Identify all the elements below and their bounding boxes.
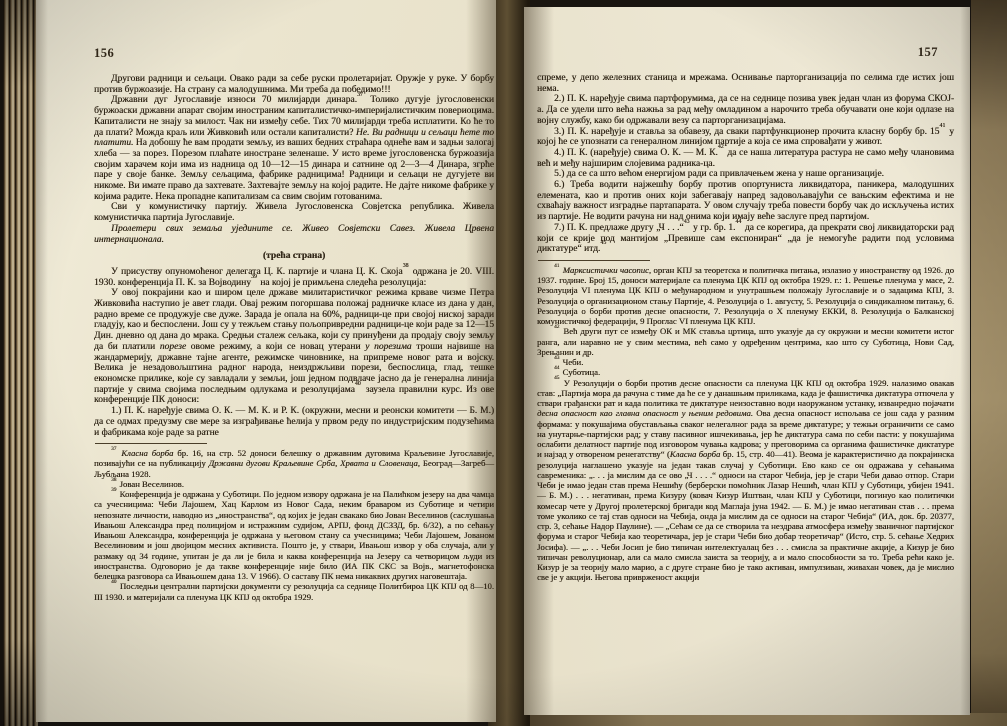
paragraph: У овој покрајини као и широм целе државе… <box>94 288 494 406</box>
text-run: овоме режиму, а који се новац утерани <box>186 342 365 352</box>
text-run: Последњи централни партијски документи с… <box>94 581 494 601</box>
page-left-body: Другови радници и сељаци. Овако ради за … <box>94 74 494 438</box>
paragraph: Сви у комунистичку партију. Живела Југос… <box>94 202 494 223</box>
footnote-marker: 42 <box>718 144 724 150</box>
footnote-marker: 44 <box>735 219 741 225</box>
text-run: десна опасност као главна опасност у њен… <box>537 408 753 418</box>
page-number-left: 156 <box>94 46 494 61</box>
page-right-footnotes: 41 Марксистички часопис, орган КПЈ за те… <box>537 265 954 583</box>
text-run: Сви у комунистичку партију. Живела Југос… <box>94 202 494 223</box>
text-run: 6.) Треба водити најжешћу борбу против о… <box>537 180 954 222</box>
text-run: 1.) П. К. наређује свима О. К. — М. К. и… <box>94 406 494 437</box>
text-run: Марксистички часопис <box>563 265 649 275</box>
paragraph: 41 Марксистички часопис, орган КПЈ за те… <box>537 265 954 327</box>
footnote-marker: 38 <box>403 263 409 269</box>
paragraph: 7.) П. К. предлаже другу „Ч . . .“43 у г… <box>537 223 954 255</box>
paragraph: 5.) да се са што већом енергијом ради са… <box>537 169 954 180</box>
text-run: Државни дугови Краљевине Срба, Хрвата и … <box>209 458 418 468</box>
text-run: (трећа страна) <box>263 251 325 261</box>
paragraph: 40 Последњи централни партијски документ… <box>94 581 494 602</box>
paragraph: 4.) П. К. (наређује) свима О. К. — М. К.… <box>537 148 954 169</box>
text-run: порезе <box>160 342 186 352</box>
paragraph: 1.) П. К. наређује свима О. К. — М. К. и… <box>94 406 494 438</box>
footnote-marker: 45 <box>600 240 606 246</box>
text-run: Класна борба <box>121 448 173 458</box>
text-run: 5.) да се са што већом енергијом ради са… <box>554 169 884 179</box>
footnote-marker: 39 <box>251 274 257 280</box>
paragraph: 44 Суботица. <box>537 367 954 377</box>
footnote-marker: 41 <box>939 123 945 129</box>
page-right-body: спреме, у депо железних станица и мрежам… <box>537 73 954 255</box>
page-left: 156 Другови радници и сељаци. Овако ради… <box>36 0 496 722</box>
page-stack-edges <box>3 0 38 726</box>
section-heading: (трећа страна) <box>94 251 494 262</box>
text-run: Класна борба <box>670 449 721 459</box>
text-run: 4.) П. К. (наређује) свима О. К. — М. К. <box>554 148 718 158</box>
footnote-marker: 43 <box>554 355 559 361</box>
paragraph: 2.) П. К. наређује свима партфорумима, д… <box>537 94 954 126</box>
text-run: У Резолуцији о борби против десне опасно… <box>537 378 954 409</box>
paragraph: 45 У Резолуцији о борби против десне опа… <box>537 378 954 583</box>
paragraph: спреме, у депо железних станица и мрежам… <box>537 73 954 94</box>
page-right-content: 157 спреме, у депо железних станица и мр… <box>537 45 954 583</box>
footnote-marker: 45 <box>554 375 559 381</box>
footnote-marker: 37 <box>357 92 363 98</box>
footnote-marker: 40 <box>111 579 116 585</box>
paragraph: 39 Конференција је одржана у Суботици. П… <box>94 489 494 581</box>
footnote-rule-left <box>95 443 207 444</box>
paragraph: 38 Јован Веселинов. <box>94 479 494 489</box>
open-book-scan: 156 Другови радници и сељаци. Овако ради… <box>0 0 1007 726</box>
footnote-marker: 37 <box>111 446 116 452</box>
text-run: у гр. бр. 1. <box>690 223 735 233</box>
text-run: Другови радници и сељаци. Овако ради за … <box>94 74 494 95</box>
footnote-marker: 40 <box>355 381 361 387</box>
text-run: у порезима <box>365 342 411 352</box>
text-run: 7.) П. К. предлаже другу „Ч . . .“ <box>554 223 684 233</box>
text-run: Суботица. <box>560 367 600 377</box>
text-run: Већ други пут се између ОК и МК ставља ц… <box>537 326 954 357</box>
footnote-marker: 43 <box>684 219 690 225</box>
page-left-footnotes: 37 Класна борба бр. 16, на стр. 52 донос… <box>94 448 494 602</box>
paragraph: 3.) П. К. наређује и ставља за обавезу, … <box>537 127 954 148</box>
text-run: Конференција је одржана у Суботици. По ј… <box>94 489 494 581</box>
text-run: Пролетери свих земаља уједините се. Живе… <box>94 224 494 245</box>
text-run: спреме, у депо железних станица и мрежам… <box>537 73 954 94</box>
page-left-content: 156 Другови радници и сељаци. Овако ради… <box>94 46 494 602</box>
text-run: на којој је примљена следећа резолуција: <box>258 278 426 288</box>
footnote-marker: 41 <box>554 263 559 269</box>
text-run: 2.) П. К. наређује свима партфорумима, д… <box>537 94 954 125</box>
footnote-rule-right <box>538 260 650 261</box>
text-run: Државни дуг Југославије износи 70 милија… <box>111 95 357 105</box>
paragraph: 6.) Треба водити најжешћу борбу против о… <box>537 180 954 223</box>
paragraph: Државни дуг Југославије износи 70 милија… <box>94 95 494 202</box>
footnote-marker: 44 <box>554 365 559 371</box>
footnote-marker: 38 <box>111 477 116 483</box>
book-cover-edge-right <box>971 0 1007 726</box>
text-run: 3.) П. К. наређује и ставља за обавезу, … <box>554 127 939 137</box>
paragraph: 42 Већ други пут се између ОК и МК стављ… <box>537 326 954 357</box>
paragraph: Другови радници и сељаци. Овако ради за … <box>94 74 494 95</box>
paragraph: 43 Чеби. <box>537 357 954 367</box>
paragraph: 37 Класна борба бр. 16, на стр. 52 донос… <box>94 448 494 479</box>
text-run: Чеби. <box>560 357 583 367</box>
text-run: На добошу ће вам продати земљу, из ваших… <box>94 138 494 202</box>
text-run: бр. 15, стр. 40—41). Веома је карактерис… <box>537 449 954 582</box>
footnote-marker: 42 <box>554 324 559 330</box>
page-right: 157 спреме, у депо железних станица и мр… <box>524 7 970 715</box>
footnote-marker: 39 <box>111 487 116 493</box>
paragraph: У присуству опуномоћеног делегата Ц. К. … <box>94 267 494 288</box>
text-run: Јован Веселинов. <box>117 479 184 489</box>
page-number-right: 157 <box>537 45 954 60</box>
paragraph: Пролетери свих земаља уједините се. Живе… <box>94 224 494 245</box>
